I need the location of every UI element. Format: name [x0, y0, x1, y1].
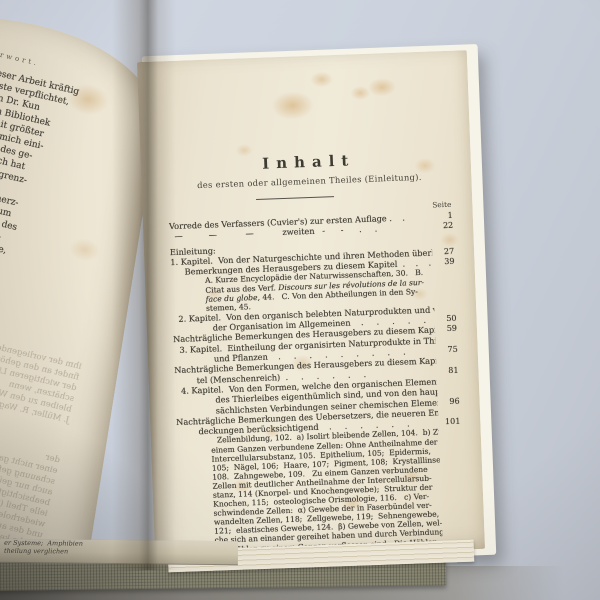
left-page-lines: haben mich bei dieser Arbeit kräftigdadu…	[0, 49, 143, 362]
left-page-text-block: Vorwort. haben mich bei dieser Arbeit kr…	[0, 33, 147, 564]
toc-page-number: 81	[448, 365, 459, 374]
toc-page-number: 1	[448, 211, 453, 220]
toc-page-number: 59	[447, 324, 458, 333]
toc-page-number: 101	[445, 417, 461, 427]
toc-page-content: Inhalt des ersten oder allgemeinen Theil…	[137, 50, 485, 561]
table-of-contents: Vorrede des Verfassers (Cuvier's) zur er…	[169, 211, 465, 561]
sliver-text-line: theilung verglichen	[0, 547, 238, 557]
right-page: Inhalt des ersten oder allgemeinen Theil…	[137, 50, 485, 561]
toc-page-number: 50	[446, 314, 457, 323]
toc-page-number: 96	[449, 396, 460, 405]
toc-page-number: 39	[444, 257, 455, 266]
divider-rule	[256, 196, 334, 200]
toc-page-number: 22	[443, 221, 454, 230]
toc-page-number: 27	[444, 247, 455, 256]
toc-page-number: 75	[447, 345, 458, 354]
protruding-page-sliver: er Systeme; Amphibientheilung verglichen	[0, 539, 238, 565]
